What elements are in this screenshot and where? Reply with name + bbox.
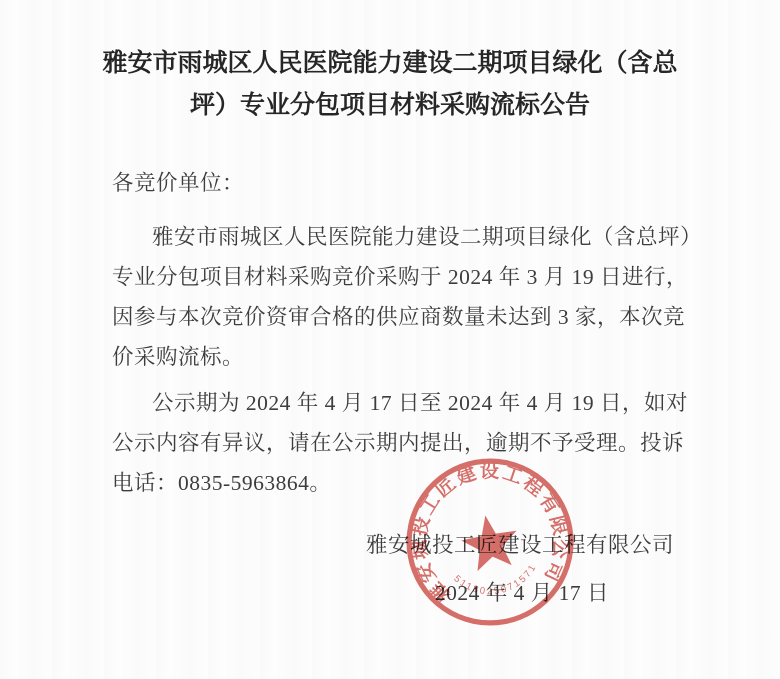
paragraph-1-line-2: 专业分包项目材料采购竞价采购于 2024 年 3 月 19 日进行，: [112, 257, 674, 297]
document-title-line-2: 坪）专业分包项目材料采购流标公告: [70, 84, 710, 126]
greeting-line: 各竞价单位：: [112, 163, 674, 203]
paragraph-publicity-period: 公示期为 2024 年 4 月 17 日至 2024 年 4 月 19 日，如对…: [112, 383, 674, 503]
paragraph-1-line-1: 雅安市雨城区人民医院能力建设二期项目绿化（含总坪）: [112, 217, 674, 257]
signature-date: 2024 年 4 月 17 日: [366, 576, 678, 607]
document-body: 各竞价单位： 雅安市雨城区人民医院能力建设二期项目绿化（含总坪） 专业分包项目材…: [112, 163, 674, 503]
paragraph-2-line-2: 公示内容有异议，请在公示期内提出，逾期不予受理。投诉: [112, 423, 674, 463]
document-title: 雅安市雨城区人民医院能力建设二期项目绿化（含总 坪）专业分包项目材料采购流标公告: [70, 42, 710, 126]
document-title-line-1: 雅安市雨城区人民医院能力建设二期项目绿化（含总: [70, 42, 710, 84]
paragraph-2-line-1: 公示期为 2024 年 4 月 17 日至 2024 年 4 月 19 日，如对: [112, 383, 674, 423]
document-page: 雅安市雨城区人民医院能力建设二期项目绿化（含总 坪）专业分包项目材料采购流标公告…: [0, 0, 780, 679]
signature-block: 雅安城投工匠建设工程有限公司 2024 年 4 月 17 日: [366, 528, 678, 607]
paragraph-2-line-3: 电话：0835-5963864。: [112, 463, 674, 503]
paragraph-1-line-4: 价采购流标。: [112, 337, 674, 377]
signature-company-name: 雅安城投工匠建设工程有限公司: [366, 528, 678, 559]
paragraph-1-line-3: 因参与本次竞价资审合格的供应商数量未达到 3 家，本次竞: [112, 297, 674, 337]
paragraph-bid-failure: 雅安市雨城区人民医院能力建设二期项目绿化（含总坪） 专业分包项目材料采购竞价采购…: [112, 217, 674, 377]
